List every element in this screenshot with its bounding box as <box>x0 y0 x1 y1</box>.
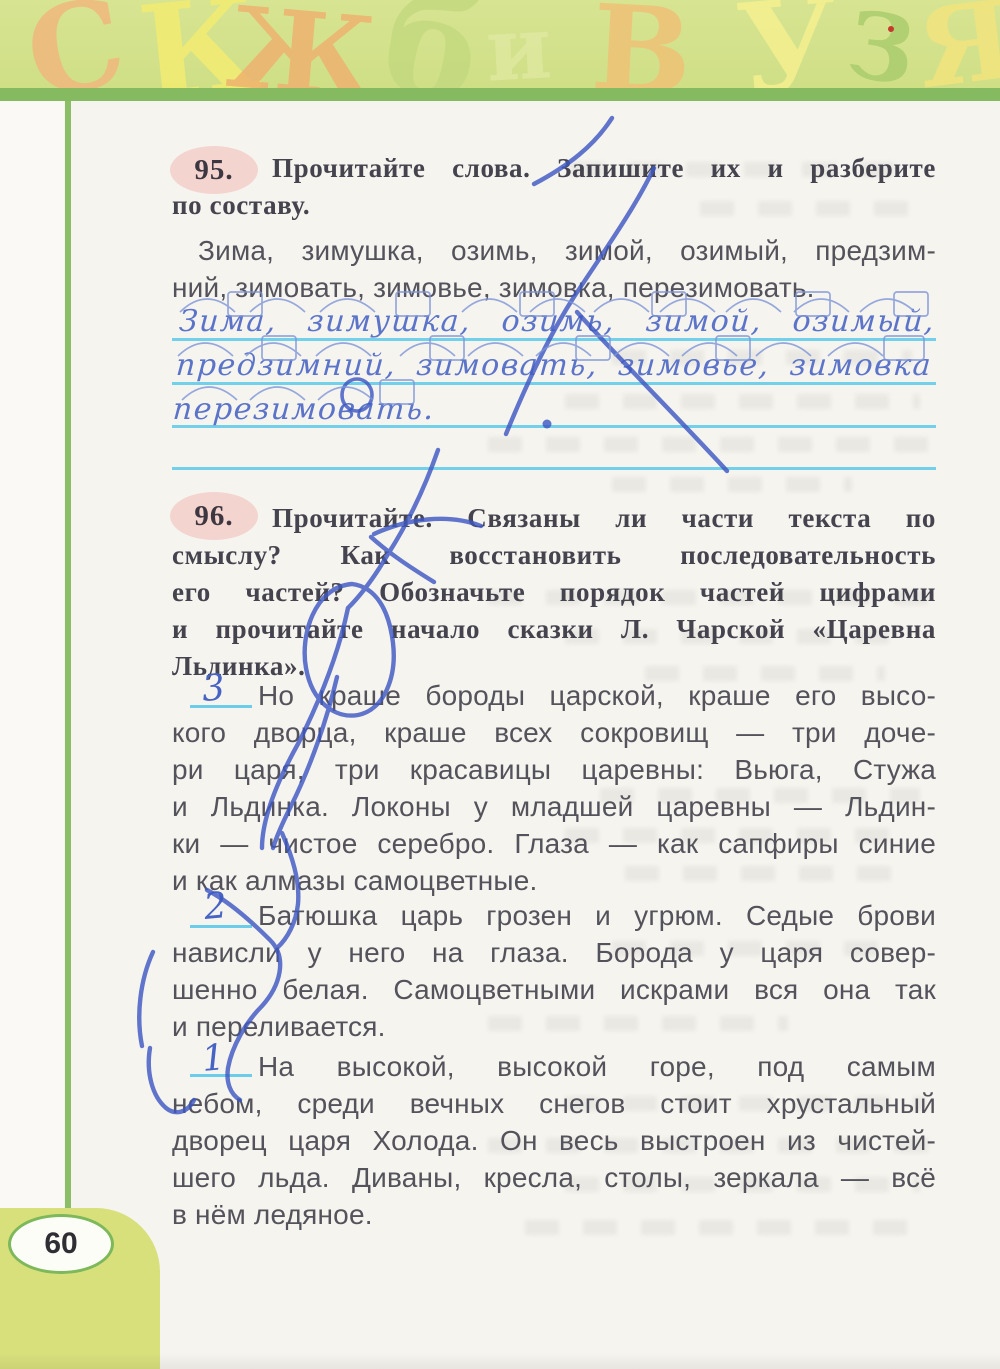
band-letter: У <box>732 0 845 88</box>
story-paragraph: Но краше бороды царской, краше его высо-… <box>172 677 936 899</box>
decorative-letter-band: С К Ж б В У З Я и <box>0 0 1000 88</box>
band-letter: С <box>16 0 135 88</box>
page-number: 60 <box>44 1227 77 1261</box>
band-letter: В <box>588 0 695 88</box>
story-paragraph: Батюшка царь грозен и угрюм. Седые брови… <box>172 897 936 1045</box>
band-letter: Ж <box>223 0 381 88</box>
margin-vertical-line <box>65 101 71 1218</box>
writing-rule <box>172 467 936 470</box>
story-paragraph: На высокой, высокой горе, под самымнебом… <box>172 1048 936 1233</box>
handwritten-order-number: 2 <box>202 885 228 928</box>
exercise-95-word-list: Зима, зимушка, озимь, зимой, озимый, пре… <box>172 232 936 306</box>
handwritten-answer: Зима, зимушка, озимь, зимой, озимый,пред… <box>171 300 936 432</box>
handwritten-order-number: 1 <box>200 1037 226 1080</box>
left-margin-strip <box>0 101 64 1208</box>
workbook-page: С К Ж б В У З Я и 95. Прочитайте слова. … <box>0 0 1000 1369</box>
bleed-through-smudge <box>488 437 928 452</box>
exercise-95-instruction: Прочитайте слова. Запишите их и разберит… <box>172 150 936 224</box>
band-letter: Я <box>911 0 1000 88</box>
band-letter: и <box>483 0 554 88</box>
band-letter: б <box>369 0 494 88</box>
red-speck <box>888 26 894 32</box>
page-number-badge: 60 <box>8 1214 114 1274</box>
exercise-96-instruction: Прочитайте. Связаны ли части текста посм… <box>172 500 936 685</box>
scan-shadow <box>0 1353 1000 1369</box>
band-letter: З <box>841 0 922 88</box>
bleed-through-smudge <box>612 477 852 492</box>
green-stripe <box>0 88 1000 101</box>
handwritten-order-number: 3 <box>200 667 226 710</box>
